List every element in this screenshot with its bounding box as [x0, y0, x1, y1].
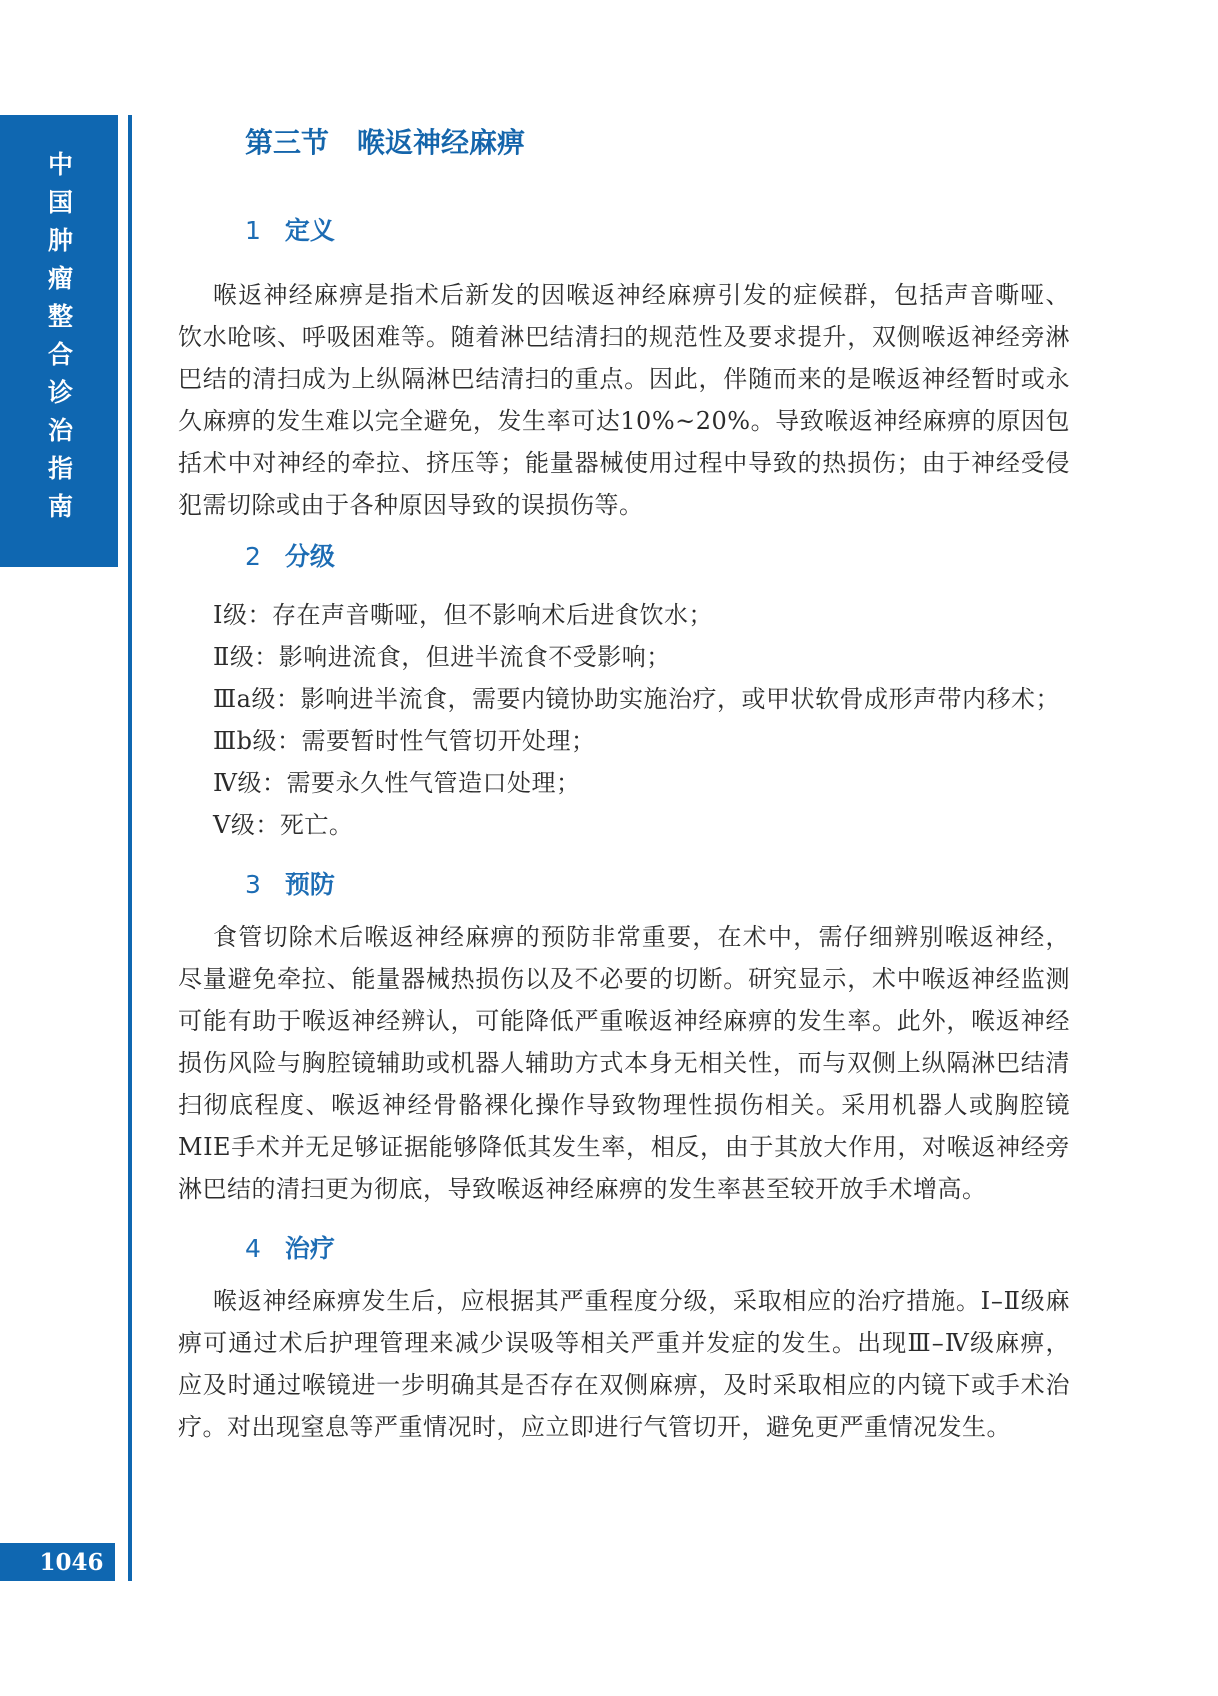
grade-item-5: Ⅴ级：死亡。	[178, 804, 1070, 846]
heading-grading: 2分级	[245, 542, 1070, 572]
heading-grading-title: 分级	[285, 542, 335, 571]
sidebar-series-banner: 中国肿瘤整合诊治指南	[0, 115, 118, 567]
heading-prevention: 3预防	[245, 870, 1070, 900]
heading-prevention-title: 预防	[285, 870, 335, 899]
grading-list: Ⅰ级：存在声音嘶哑，但不影响术后进食饮水； Ⅱ级：影响进流食，但进半流食不受影响…	[178, 594, 1070, 846]
section-title: 第三节喉返神经麻痹	[245, 126, 1070, 160]
grade-item-1: Ⅰ级：存在声音嘶哑，但不影响术后进食饮水；	[178, 594, 1070, 636]
grade-item-4: Ⅳ级：需要永久性气管造口处理；	[178, 762, 1070, 804]
section-label: 第三节	[245, 126, 329, 159]
sidebar-series-title: 中国肿瘤整合诊治指南	[47, 151, 72, 531]
paragraph-treatment: 喉返神经麻痹发生后，应根据其严重程度分级，采取相应的治疗措施。Ⅰ–Ⅱ级麻痹可通过…	[178, 1280, 1070, 1448]
paragraph-definition: 喉返神经麻痹是指术后新发的因喉返神经麻痹引发的症候群，包括声音嘶哑、饮水呛咳、呼…	[178, 274, 1070, 526]
heading-definition-title: 定义	[285, 216, 335, 245]
heading-definition: 1定义	[245, 216, 1070, 246]
page-number: 1046	[39, 1549, 103, 1576]
heading-grading-number: 2	[245, 542, 261, 571]
heading-treatment-number: 4	[245, 1234, 261, 1263]
grade-item-3a: Ⅲa级：影响进半流食，需要内镜协助实施治疗，或甲状软骨成形声带内移术；	[178, 678, 1070, 720]
heading-prevention-number: 3	[245, 870, 261, 899]
heading-treatment-title: 治疗	[285, 1234, 335, 1263]
heading-treatment: 4治疗	[245, 1234, 1070, 1264]
page-content: 第三节喉返神经麻痹 1定义 喉返神经麻痹是指术后新发的因喉返神经麻痹引发的症候群…	[178, 0, 1070, 1448]
heading-definition-number: 1	[245, 216, 261, 245]
section-title-text: 喉返神经麻痹	[357, 126, 525, 159]
vertical-divider-rule	[128, 115, 132, 1581]
page-number-box: 1046	[0, 1543, 115, 1581]
grade-item-2: Ⅱ级：影响进流食，但进半流食不受影响；	[178, 636, 1070, 678]
paragraph-prevention: 食管切除术后喉返神经麻痹的预防非常重要，在术中，需仔细辨别喉返神经，尽量避免牵拉…	[178, 916, 1070, 1210]
grade-item-3b: Ⅲb级：需要暂时性气管切开处理；	[178, 720, 1070, 762]
